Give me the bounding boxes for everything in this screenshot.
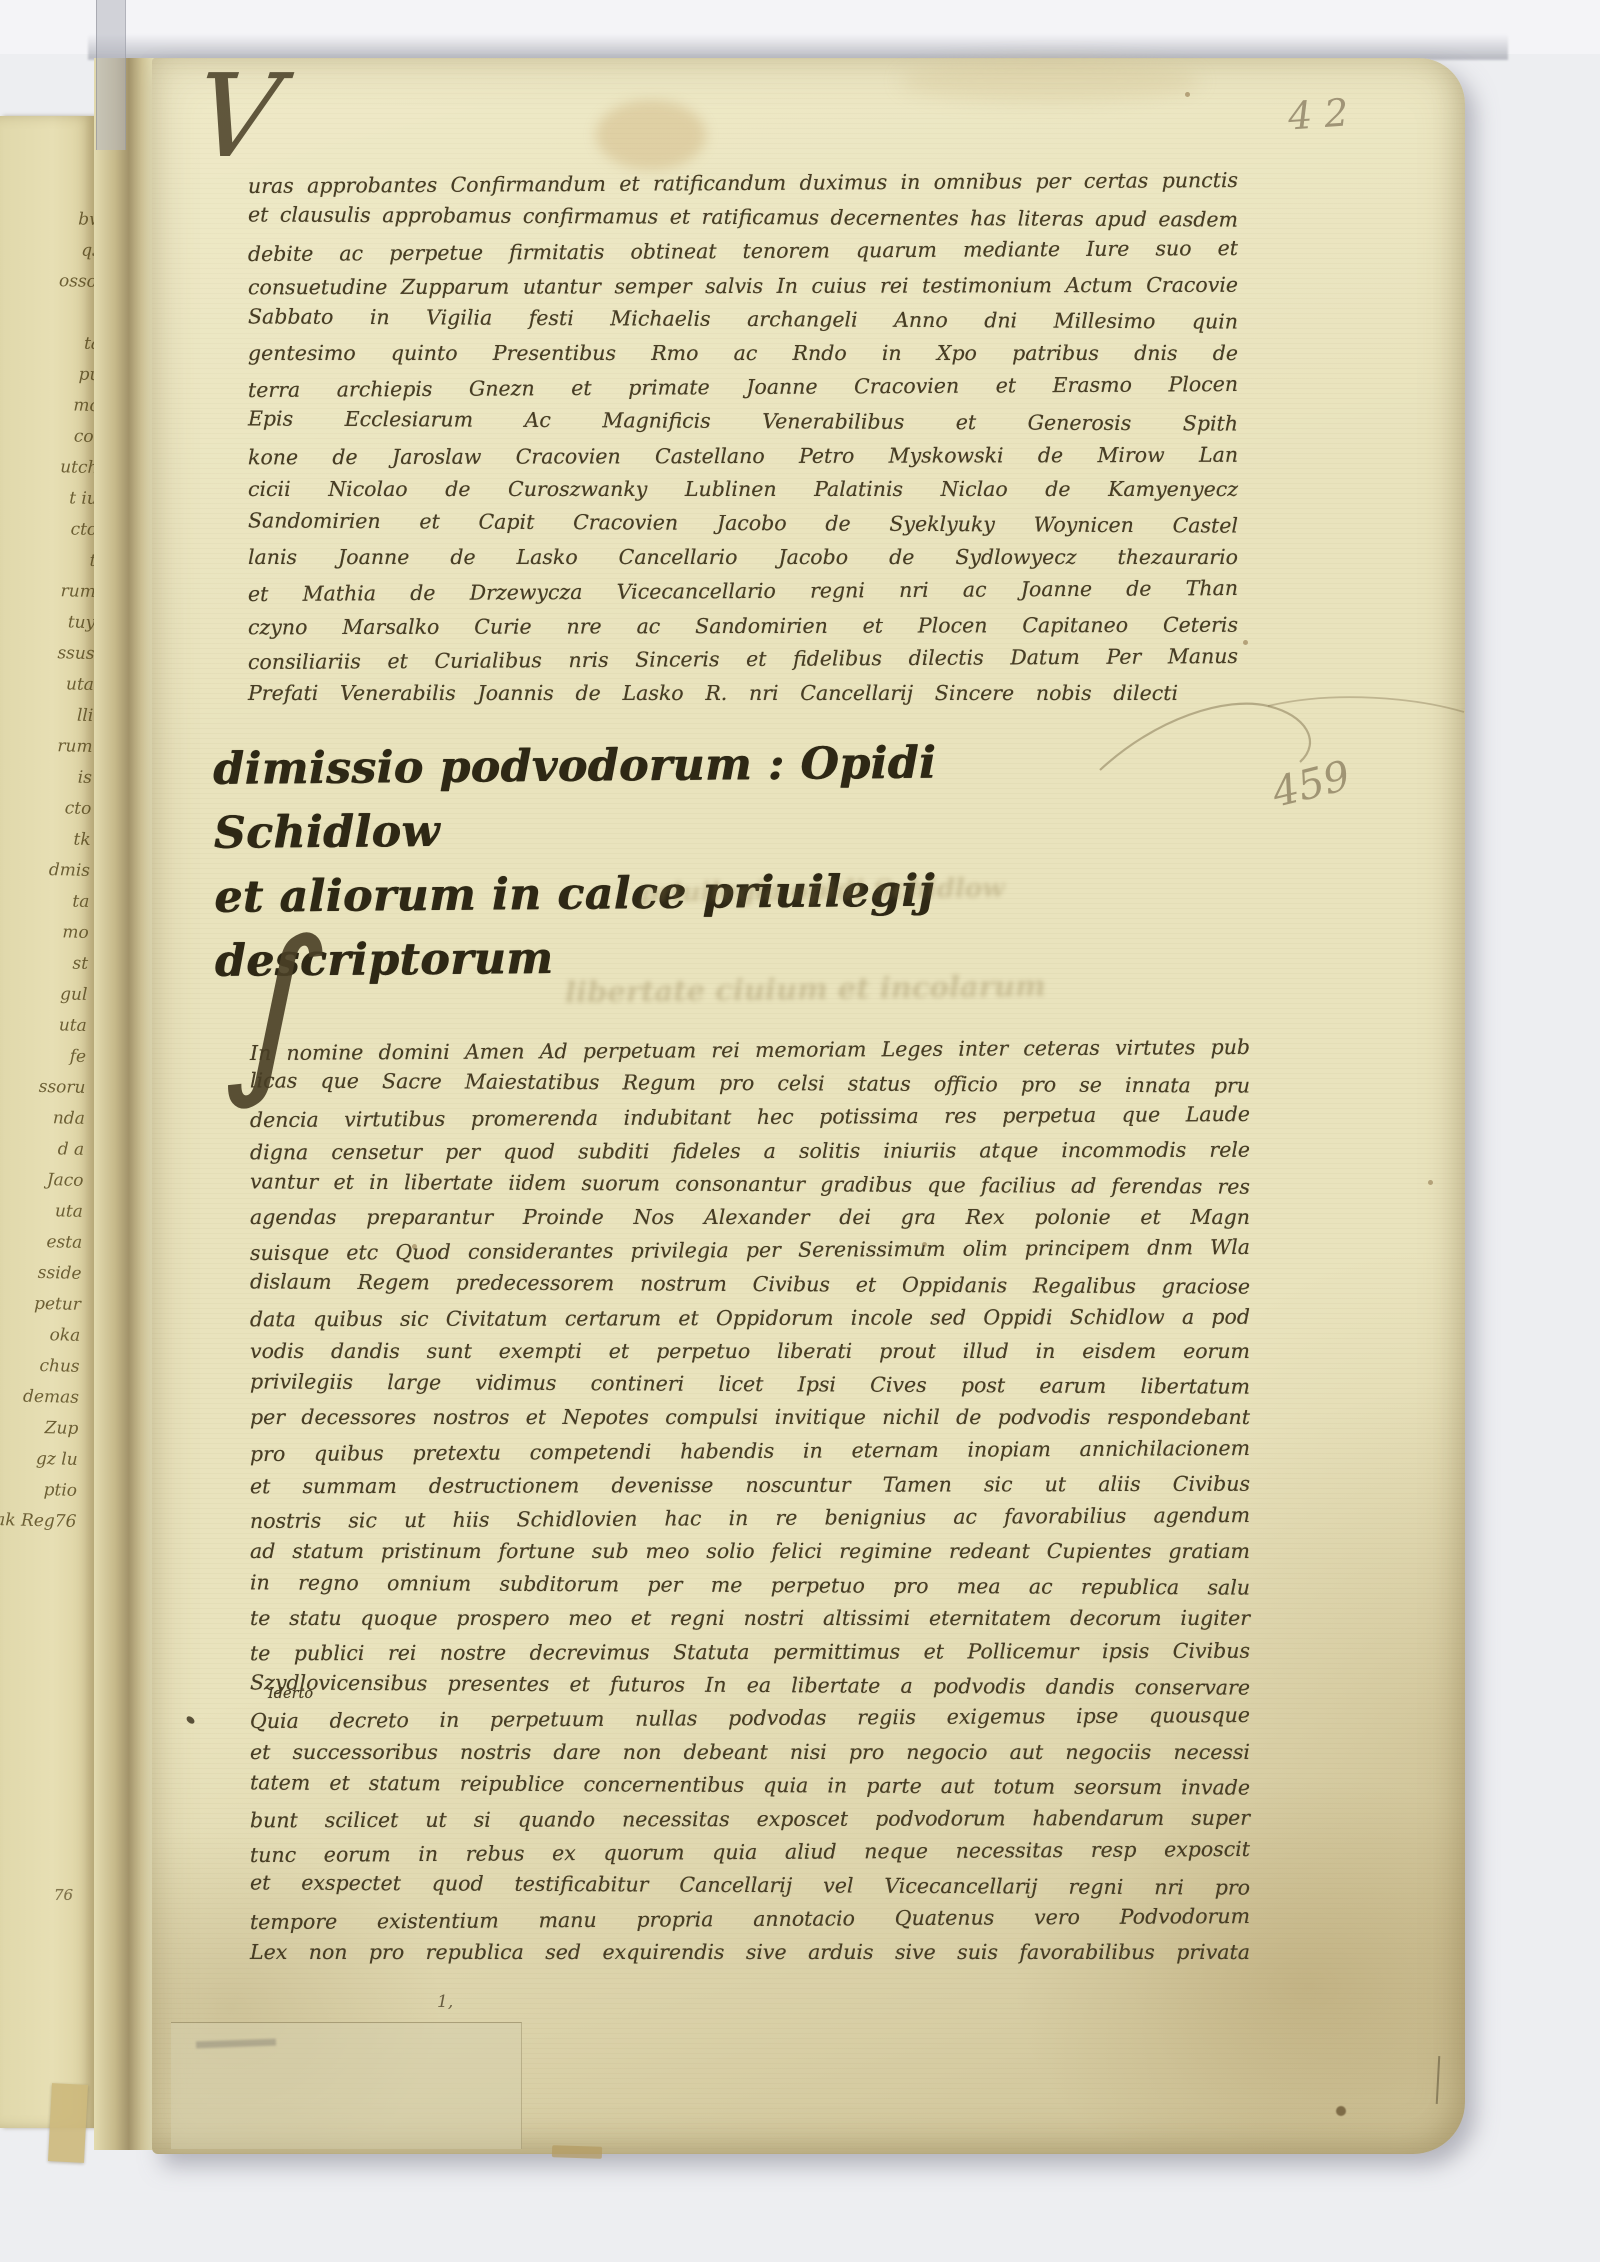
margin-fragment: oka [49,1325,80,1346]
margin-fragment: is [78,768,93,788]
manuscript-line: licas que Sacre Maiestatibus Regum pro c… [250,1065,1250,1104]
stray-ink-mark: 1, [437,1992,453,2012]
page-top-shadow [88,34,1508,60]
manuscript-line: in regno omnium subditorum per me perpet… [250,1566,1250,1605]
manuscript-line: dislaum Regem predecessorem nostrum Civi… [250,1265,1250,1304]
manuscript-line: et clausulis approbamus confirmamus et r… [248,197,1238,236]
margin-fragment: ta [72,892,89,912]
margin-fragment: tk [73,830,91,850]
manuscript-line: privilegiis large vidimus contineri lice… [250,1365,1250,1404]
manuscript-scan: bwq3ossoittapumocolutcht iuctotrumtuyssu… [0,0,1600,2262]
manuscript-line: nostris sic ut hiis Schidlovien hac in r… [250,1499,1250,1539]
margin-fragment: d a [58,1139,85,1160]
previous-leaf-edge: bwq3ossoittapumocolutcht iuctotrumtuyssu… [0,116,98,2128]
margin-fragment: sside [38,1263,82,1284]
text-block-2: In nomine domini Amen Ad perpetuam rei m… [250,1034,1250,1969]
manuscript-line: suisque etc Quod considerantes privilegi… [250,1231,1250,1271]
manuscript-line: vantur et in libertate iidem suorum cons… [250,1165,1250,1204]
manuscript-line: uras approbantes Confirmandum et ratific… [248,163,1238,203]
text-block-1: uras approbantes Confirmandum et ratific… [248,166,1238,710]
manuscript-line: Sabbato in Vigilia festi Michaelis archa… [248,299,1238,338]
manuscript-line: et exspectet quod testificabitur Cancell… [250,1867,1250,1906]
binding-gutter [94,58,154,2150]
margin-fragment: uta [55,1201,83,1222]
manuscript-line: consiliariis et Curialibus nris Sinceris… [248,639,1238,679]
show-through-text: priuilegia opidi Schidlow [640,873,1005,908]
margin-fragment: ssus [57,643,95,664]
margin-fragment: dmis [49,860,91,881]
margin-fragment: nda [53,1108,85,1129]
manuscript-line: debite ac perpetue firmitatis obtineat t… [248,231,1238,271]
rubric-heading: dimissio podvodorum : Opidi Schidlow et … [213,730,1115,994]
margin-fragment: uta [59,1015,87,1036]
margin-fragment: rum [60,581,96,602]
manuscript-line: tatem et statum reipublice concernentibu… [250,1766,1250,1805]
margin-fragment-column: bwq3ossoittapumocolutcht iuctotrumtuyssu… [0,203,104,1538]
manuscript-line: cicii Nicolao de Curoszwanky Lublinen Pa… [248,472,1238,506]
margin-fragment: gul [60,984,88,1005]
manuscript-line: vodis dandis sunt exempti et perpetuo li… [250,1335,1250,1368]
manuscript-line: et successoribus nostris dare non debean… [250,1736,1250,1769]
flourish-initial-v: V [189,60,286,175]
manuscript-line: tempore existentium manu propria annotac… [250,1900,1250,1940]
margin-fragment-lone: 76 [54,1886,73,1904]
margin-fragment: uta [66,674,94,695]
margin-fragment: gz lu [36,1449,78,1470]
manuscript-line: terra archiepis Gnezn et primate Joanne … [248,367,1238,407]
manuscript-line: digna censetur per quod subditi fideles … [250,1134,1250,1170]
transparent-holder [96,0,126,150]
manuscript-line: czyno Marsalko Curie nre ac Sandomirien … [248,608,1238,645]
margin-fragment: rum [57,736,93,757]
manuscript-line: ad statum pristinum fortune sub meo soli… [250,1535,1250,1568]
margin-fragment: chus [39,1356,80,1377]
manuscript-line: Sandomirien et Capit Cracovien Jacobo de… [248,503,1238,542]
margin-fragment: ptio [43,1480,77,1501]
margin-fragment: fe [70,1047,87,1067]
manuscript-line: te publici rei nostre decrevimus Statuta… [250,1635,1250,1671]
manuscript-line: consuetudine Zupparum utantur semper sal… [248,268,1238,305]
manuscript-line: per decessores nostros et Nepotes compul… [250,1401,1250,1434]
stain-speck [1428,1180,1433,1185]
show-through-text: libertate ciuium et incolarum [565,969,1046,1010]
margin-fragment: utch [60,457,99,478]
margin-fragment: lli [77,706,94,726]
margin-fragment: tuy [68,612,96,633]
margin-fragment: st [72,954,88,974]
manuscript-line: kone de Jaroslaw Cracovien Castellano Pe… [248,438,1238,475]
manuscript-line: Quia decreto in perpetuum nullas podvoda… [250,1699,1250,1739]
manuscript-line: agendas preparantur Proinde Nos Alexande… [250,1201,1250,1234]
stain-speck [1243,640,1248,645]
margin-fragment: esta [46,1232,82,1253]
margin-fragment: Zup [44,1418,78,1439]
manuscript-line: lanis Joanne de Lasko Cancellario Jacobo… [248,540,1238,574]
margin-fragment: petur [34,1294,81,1315]
manuscript-line: data quibus sic Civitatum certarum et Op… [250,1301,1250,1337]
margin-fragment: ssoru [38,1077,85,1098]
pen-stroke [1086,680,1486,790]
margin-fragment: Jaco [47,1170,84,1191]
margin-fragment: demas [23,1387,79,1408]
margin-fragment: ak Reg76 [0,1510,77,1532]
manuscript-line: gentesimo quinto Presentibus Rmo ac Rndo… [248,336,1238,370]
manuscript-line: Prefati Venerabilis Joannis de Lasko R. … [248,676,1178,710]
stain-speck [1185,92,1190,97]
manuscript-line: te statu quoque prospero meo et regni no… [250,1602,1250,1635]
manuscript-line: Lex non pro republica sed exquirendis si… [250,1936,1250,1969]
interlinear-insertion: Iderto [268,1686,313,1702]
manuscript-line: Epis Ecclesiarum Ac Magnificis Venerabil… [248,401,1238,440]
edge-tape [552,2145,602,2159]
manuscript-line: et summam destructionem devenisse noscun… [250,1468,1250,1504]
manuscript-line: pro quibus pretextu competendi habendis … [250,1432,1250,1472]
repair-tape [48,2083,88,2163]
folio-number: 42 [1287,90,1362,139]
manuscript-line: dencia virtutibus promerenda indubitant … [250,1098,1250,1138]
margin-fragment: cto [65,798,92,819]
margin-fragment: mo [62,922,89,943]
rubric-heading-line1: dimissio podvodorum : Opidi Schidlow [213,730,1114,866]
manuscript-line: bunt scilicet ut si quando necessitas ex… [250,1802,1250,1838]
manuscript-line: et Mathia de Drzewycza Vicecancellario r… [248,571,1238,611]
